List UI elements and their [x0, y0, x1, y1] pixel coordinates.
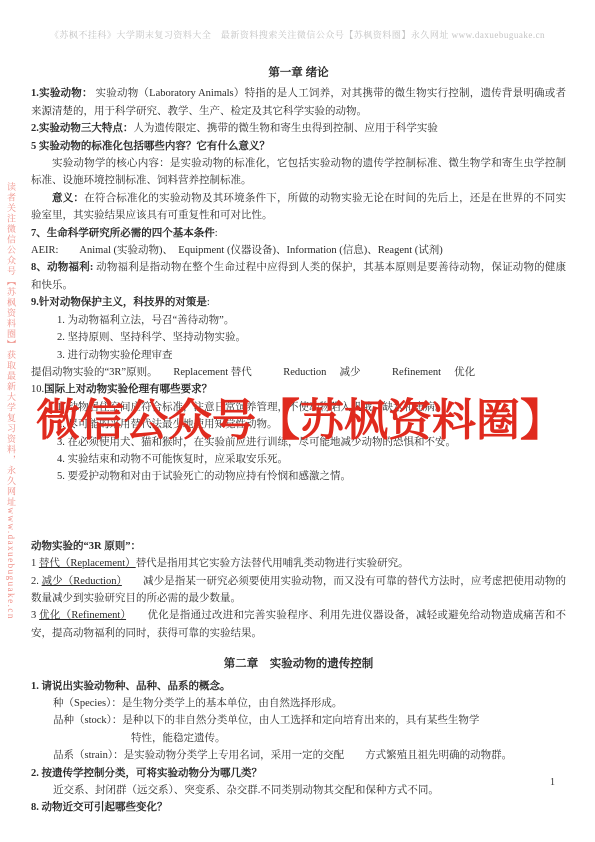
paragraph: 9.针对动物保护主义，科技界的对策是:	[31, 294, 566, 311]
paragraph: 品系（strain）：是实验动物分类学上专用名词，采用一定的交配 方式繁殖且祖先…	[31, 747, 566, 764]
paragraph: 品种（stock）：是种以下的非自然分类单位，由人工选择和定向培育出来的，具有某…	[31, 712, 566, 729]
paragraph: 种（Species）：是生物分类学上的基本单位，由自然选择形成。	[31, 695, 566, 712]
chapter2-title: 第二章 实验动物的遗传控制	[31, 656, 566, 673]
paragraph: 2. 按遗传学控制分类，可将实验动物分为哪几类？	[31, 765, 566, 782]
paragraph: 7、生命科学研究所必需的四个基本条件:	[31, 225, 566, 242]
spacer	[31, 486, 566, 512]
paragraph: 近交系、封闭群（远交系）、突变系、杂交群.不同类别动物其交配和保种方式不同。	[31, 782, 566, 799]
header-watermark: 《苏枫不挂科》大学期末复习资料大全 最新资料搜索关注微信公众号【苏枫资料圈】永久…	[0, 28, 595, 41]
paragraph: 动物实验的“3R 原则”：	[31, 538, 566, 555]
list-item: 1. 为动物福利立法，号召“善待动物”。	[31, 312, 566, 329]
chapter1-title: 第一章 绪论	[31, 65, 566, 82]
spacer	[31, 512, 566, 538]
document-page: 《苏枫不挂科》大学期末复习资料大全 最新资料搜索关注微信公众号【苏枫资料圈】永久…	[0, 0, 595, 842]
paragraph: 实验动物学的核心内容：是实验动物的标准化，它包括实验动物的遗传学控制标准、微生物…	[31, 155, 566, 190]
page-number: 1	[550, 777, 555, 788]
paragraph: 1 替代（Replacement）替代是指用其它实验方法替代用哺乳类动物进行实验…	[31, 555, 566, 572]
list-item: 3. 进行动物实验伦理审查	[31, 347, 566, 364]
paragraph: 5 实验动物的标准化包括哪些内容？它有什么意义？	[31, 138, 566, 155]
paragraph: 8、动物福利: 动物福利是指动物在整个生命过程中应得到人类的保护，其基本原则是要…	[31, 259, 566, 294]
list-item: 2. 坚持原则、坚持科学、坚持动物实验。	[31, 329, 566, 346]
paragraph: 1. 请说出实验动物种、品种、品系的概念。	[31, 678, 566, 695]
list-item: 4. 实验结束和动物不可能恢复时，应采取安乐死。	[31, 451, 566, 468]
paragraph: AEIR: Animal (实验动物)、 Equipment (仪器设备)、In…	[31, 242, 566, 259]
paragraph: 8. 动物近交可引起哪些变化？	[31, 799, 566, 816]
paragraph: 3 优化（Refinement） 优化是指通过改进和完善实验程序、利用先进仪器设…	[31, 607, 566, 642]
side-watermark: 读者关注微信公众号【苏枫资料圈】获取最新大学复习资料，永久网址www.daxue…	[5, 182, 18, 620]
center-watermark: 微信公众号【苏枫资料圈】	[36, 384, 564, 448]
list-item: 5. 要爱护动物和对由于试验死亡的动物应持有怜悯和感激之情。	[31, 468, 566, 485]
paragraph: 2.实验动物三大特点：人为遗传限定、携带的微生物和寄生虫得到控制、应用于科学实验	[31, 120, 566, 137]
paragraph: 意义：在符合标准化的实验动物及其环境条件下，所做的动物实验无论在时间的先后上，还…	[31, 190, 566, 225]
paragraph: 2. 减少（Reduction） 减少是指某一研究必须要使用实验动物，而又没有可…	[31, 573, 566, 608]
paragraph: 提倡动物实验的“3R”原则。 Replacement 替代 Reduction …	[31, 364, 566, 381]
paragraph: 1.实验动物： 实验动物（Laboratory Animals）特指的是人工饲养…	[31, 85, 566, 120]
paragraph: 特性，能稳定遗传。	[31, 730, 566, 747]
